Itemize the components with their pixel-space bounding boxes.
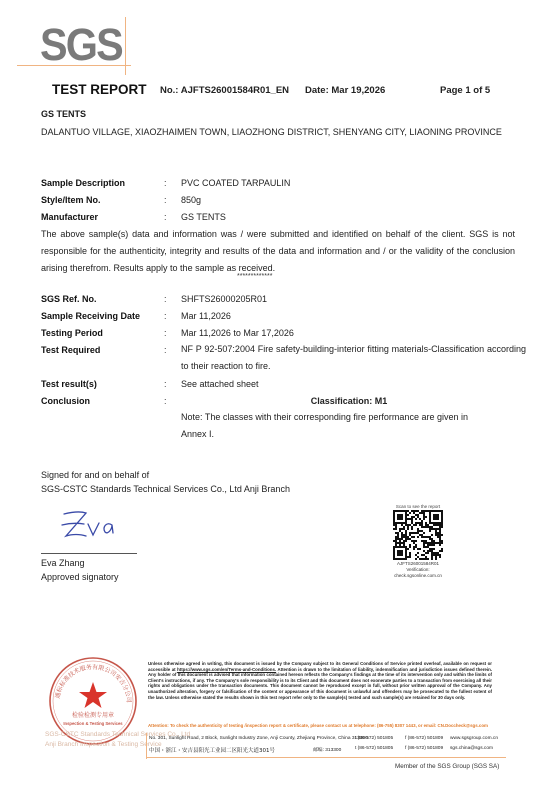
client-name: GS TENTS: [41, 109, 86, 119]
address-en-text: No. 301, Sunlight Road, 2 Block, Sunligh…: [149, 736, 351, 741]
qr-verification-site: check.sgsonline.com.cn: [386, 573, 450, 579]
terms-text-2: Attention is drawn to the limitation of …: [148, 667, 492, 700]
logo-vertical-rule: [125, 17, 126, 75]
terms-link[interactable]: https://www.sgs.com/en/Terms-and-Conditi…: [177, 667, 276, 672]
field-colon: :: [164, 327, 167, 339]
fax: f (86-572) 501809: [405, 736, 443, 741]
report-title: TEST REPORT: [52, 82, 147, 97]
field-colon: :: [164, 293, 167, 305]
signer-name: Eva Zhang: [41, 558, 85, 568]
qr-report-id: AJFTS26001584R01: [386, 561, 450, 566]
classification-result: Classification: M1: [181, 395, 517, 407]
field-label: Test Required: [41, 344, 151, 356]
field-label: Manufacturer: [41, 211, 151, 223]
telephone: t (86-572) 501805: [355, 736, 393, 741]
address-chinese: 中国・浙江・安吉县阳光工业园二区阳光大道301号: [149, 746, 275, 754]
handwritten-signature: [58, 508, 120, 544]
field-colon: :: [164, 344, 167, 356]
report-number: No.: AJFTS26001584R01_EN: [160, 85, 289, 96]
field-colon: :: [164, 378, 167, 390]
field-value: 850g: [181, 194, 526, 206]
separator: *************: [237, 273, 272, 280]
signer-role: Approved signatory: [41, 572, 119, 582]
field-label: Testing Period: [41, 327, 151, 339]
field-value: SHFTS26000205R01: [181, 293, 526, 305]
field-label: SGS Ref. No.: [41, 293, 151, 305]
conclusion-note: Note: The classes with their correspondi…: [181, 409, 481, 443]
field-colon: :: [164, 177, 167, 189]
signature-line: [41, 553, 137, 554]
email-link[interactable]: sgs.china@sgs.com: [450, 746, 493, 751]
footer-vertical-rule: [146, 733, 147, 759]
terms-fine-print: Unless otherwise agreed in writing, this…: [148, 661, 492, 700]
stamp-center-text: 检验检测专用章: [72, 711, 114, 719]
client-address: DALANTUO VILLAGE, XIAOZHAIMEN TOWN, LIAO…: [41, 124, 521, 142]
disclaimer-text: The above sample(s) data and information…: [41, 226, 515, 277]
field-colon: :: [164, 211, 167, 223]
field-label: Conclusion: [41, 395, 151, 407]
address-english: No. 301, Sunlight Road, 2 Block, Sunligh…: [149, 736, 368, 741]
field-value: GS TENTS: [181, 211, 526, 223]
qr-caption: Scan to see the report: [392, 504, 444, 509]
postcode-cn: 邮编: 313300: [313, 746, 341, 753]
sgs-group-member: Member of the SGS Group (SGS SA): [395, 763, 499, 770]
signed-on-behalf: Signed for and on behalf of: [41, 470, 149, 480]
field-colon: :: [164, 395, 167, 407]
field-value: See attached sheet: [181, 378, 526, 390]
logo-horizontal-rule: [17, 65, 131, 66]
sgs-logo: SGS: [40, 20, 122, 70]
footer-horizontal-rule: [146, 757, 506, 758]
field-label: Test result(s): [41, 378, 151, 390]
telephone-cn: t (86-572) 501805: [355, 746, 393, 751]
field-value: NF P 92-507:2004 Fire safety-building-in…: [181, 341, 526, 375]
authenticity-attention: Attention: To check the authenticity of …: [148, 723, 492, 729]
field-value: PVC COATED TARPAULIN: [181, 177, 526, 189]
field-label: Sample Receiving Date: [41, 310, 151, 322]
report-date: Date: Mar 19,2026: [305, 85, 385, 96]
signing-company: SGS-CSTC Standards Technical Services Co…: [41, 484, 290, 494]
stamp-subtitle: Inspection & Testing Services: [63, 721, 123, 726]
fax-cn: f (86-572) 501809: [405, 746, 443, 751]
field-label: Style/Item No.: [41, 194, 151, 206]
field-value: Mar 11,2026 to Mar 17,2026: [181, 327, 526, 339]
field-colon: :: [164, 194, 167, 206]
qr-code-icon[interactable]: [391, 510, 445, 560]
field-colon: :: [164, 310, 167, 322]
field-value: Mar 11,2026: [181, 310, 526, 322]
field-label: Sample Description: [41, 177, 151, 189]
page-indicator: Page 1 of 5: [440, 85, 490, 96]
website-link[interactable]: www.sgsgroup.com.cn: [450, 736, 498, 741]
stamp-side-text-2: Anji Branch Inspection & Testing Service: [45, 741, 162, 748]
